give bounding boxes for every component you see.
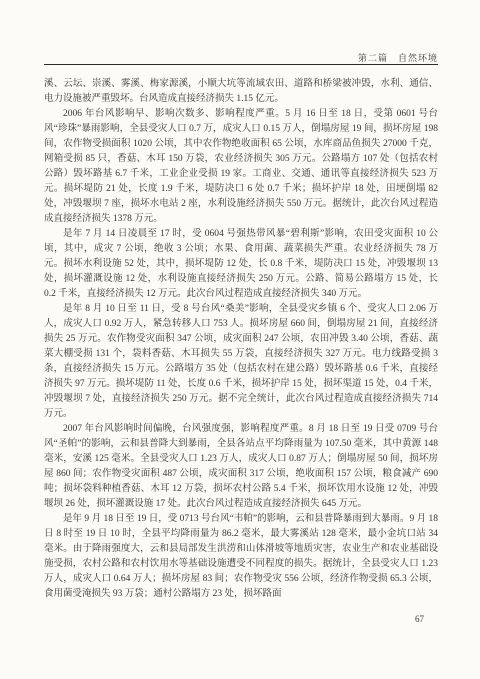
body-text: 溪、云坛、崇溪、雾溪、梅家源溪，小顺大坑等流域农田、道路和桥梁被冲毁，水利、通信…	[44, 77, 438, 602]
paragraph-3: 是年 7 月 14 日凌晨至 17 时，受 0604 号强热带风暴“碧利斯”影响…	[44, 227, 438, 302]
paragraph-4: 是年 8 月 10 日至 11 日，受 8 号台风“桑美”影响，全县受灾乡镇 6…	[44, 302, 438, 422]
document-page: 第二篇 自然环境 溪、云坛、崇溪、雾溪、梅家源溪，小顺大坑等流域农田、道路和桥梁…	[0, 0, 480, 679]
page-number: 67	[415, 614, 424, 624]
page-footer: 67	[44, 614, 438, 624]
paragraph-6: 是年 9 月 18 日至 19 日，受 0713 号台风“韦帕”的影响，云和县普…	[44, 512, 438, 602]
paragraph-5: 2007 年台风影响时间偏晚，台风强度强，影响程度严重。8 月 18 日至 19…	[44, 422, 438, 512]
header-rule	[44, 64, 438, 65]
paragraph-1: 溪、云坛、崇溪、雾溪、梅家源溪，小顺大坑等流域农田、道路和桥梁被冲毁，水利、通信…	[44, 77, 438, 107]
section-title: 第二篇 自然环境	[358, 53, 438, 63]
running-header: 第二篇 自然环境	[44, 51, 438, 64]
paragraph-2: 2006 年台风影响早、影响次数多、影响程度严重。5 月 16 日至 18 日，…	[44, 107, 438, 227]
